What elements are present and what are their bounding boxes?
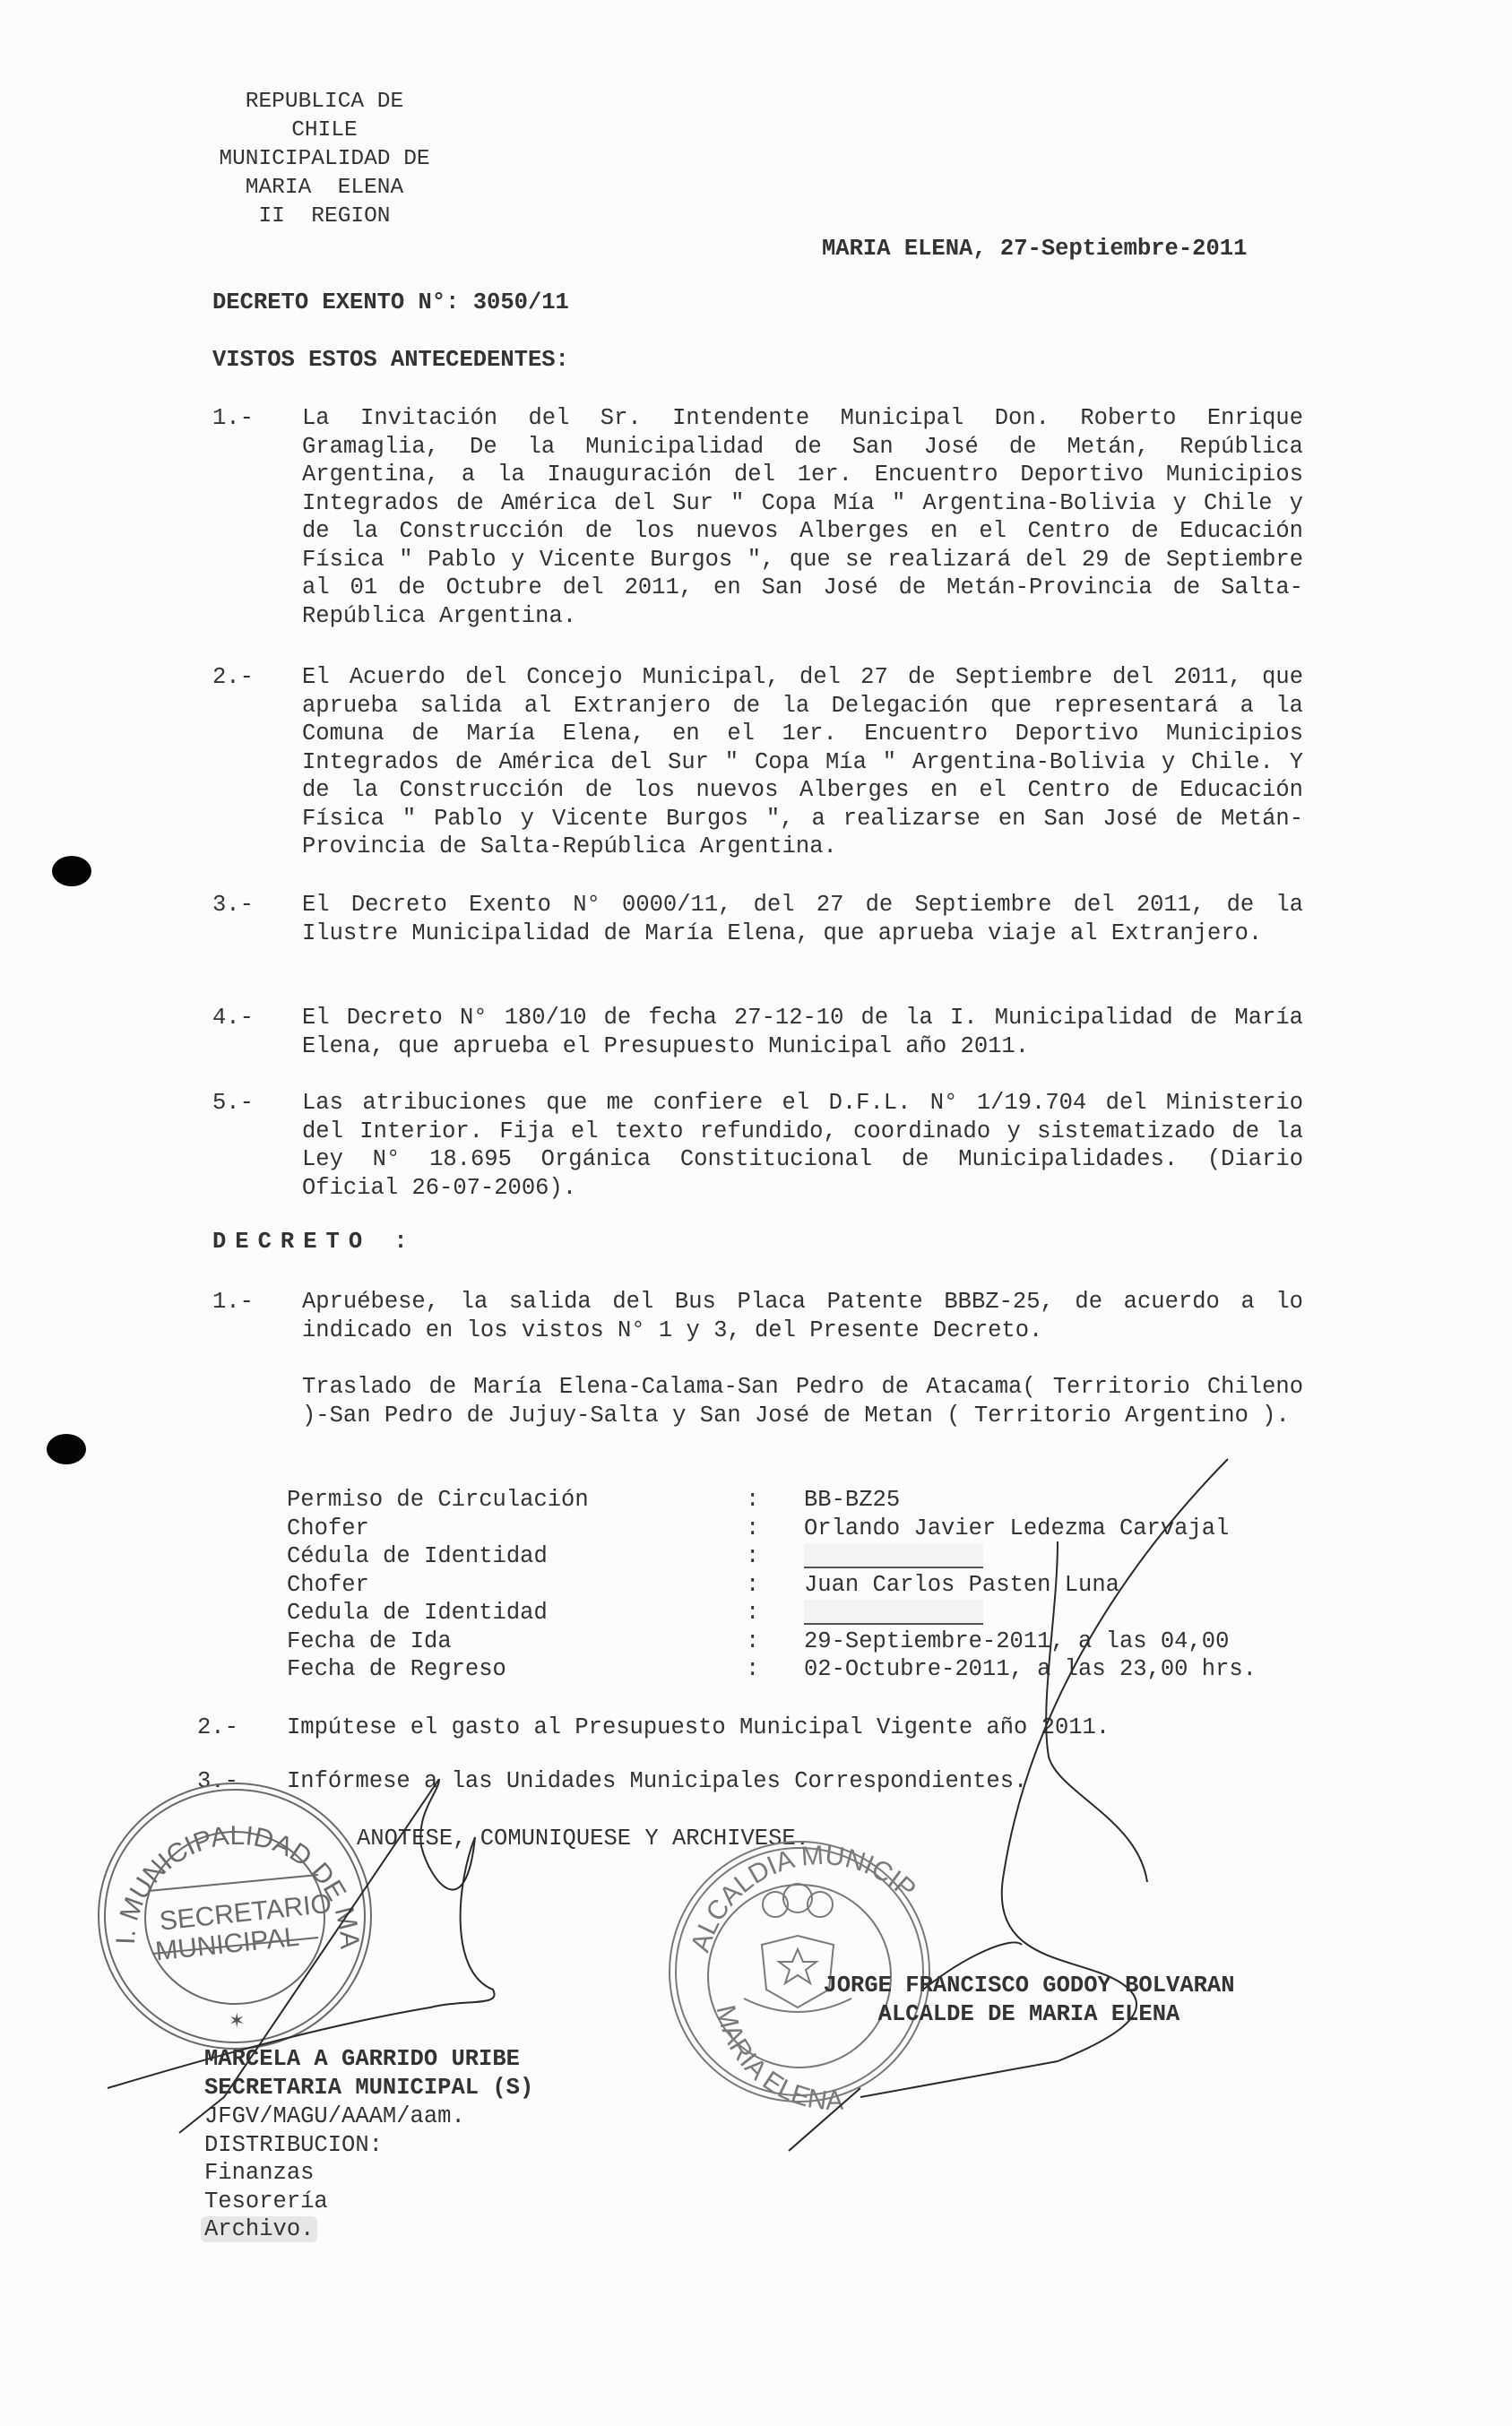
mayor-signature-block: JORGE FRANCISCO GODOY BOLVARAN ALCALDE D… xyxy=(796,1972,1262,2028)
mayor-seal-top-text: ALCALDIA MUNICIPAL xyxy=(0,0,920,1955)
secretary-name: MARCELA A GARRIDO URIBE xyxy=(204,2045,533,2074)
reference-initials: JFGV/MAGU/AAAM/aam. xyxy=(204,2102,465,2131)
distribution-item: Archivo. xyxy=(204,2215,465,2244)
decree-page: REPUBLICA DE CHILE MUNICIPALIDAD DE MARI… xyxy=(0,0,1512,2426)
seal-star-icon: ✶ xyxy=(229,2010,245,2033)
distribution-item: Finanzas xyxy=(204,2159,465,2188)
distribution-item: Tesorería xyxy=(204,2188,465,2216)
seal-outer-text: I. MUNICIPALIDAD DE MARIA ELENA xyxy=(0,0,364,1950)
mayor-title: ALCALDE DE MARIA ELENA xyxy=(796,2000,1262,2029)
secretary-title: SECRETARIA MUNICIPAL (S) xyxy=(204,2074,533,2102)
secretary-signature-block: MARCELA A GARRIDO URIBE SECRETARIA MUNIC… xyxy=(204,2045,533,2102)
mayor-name: JORGE FRANCISCO GODOY BOLVARAN xyxy=(796,1972,1262,2000)
footer-block: JFGV/MAGU/AAAM/aam. DISTRIBUCION: Finanz… xyxy=(204,2102,465,2244)
distribution-heading: DISTRIBUCION: xyxy=(204,2131,465,2160)
distribution-item-archivo: Archivo. xyxy=(201,2216,317,2242)
